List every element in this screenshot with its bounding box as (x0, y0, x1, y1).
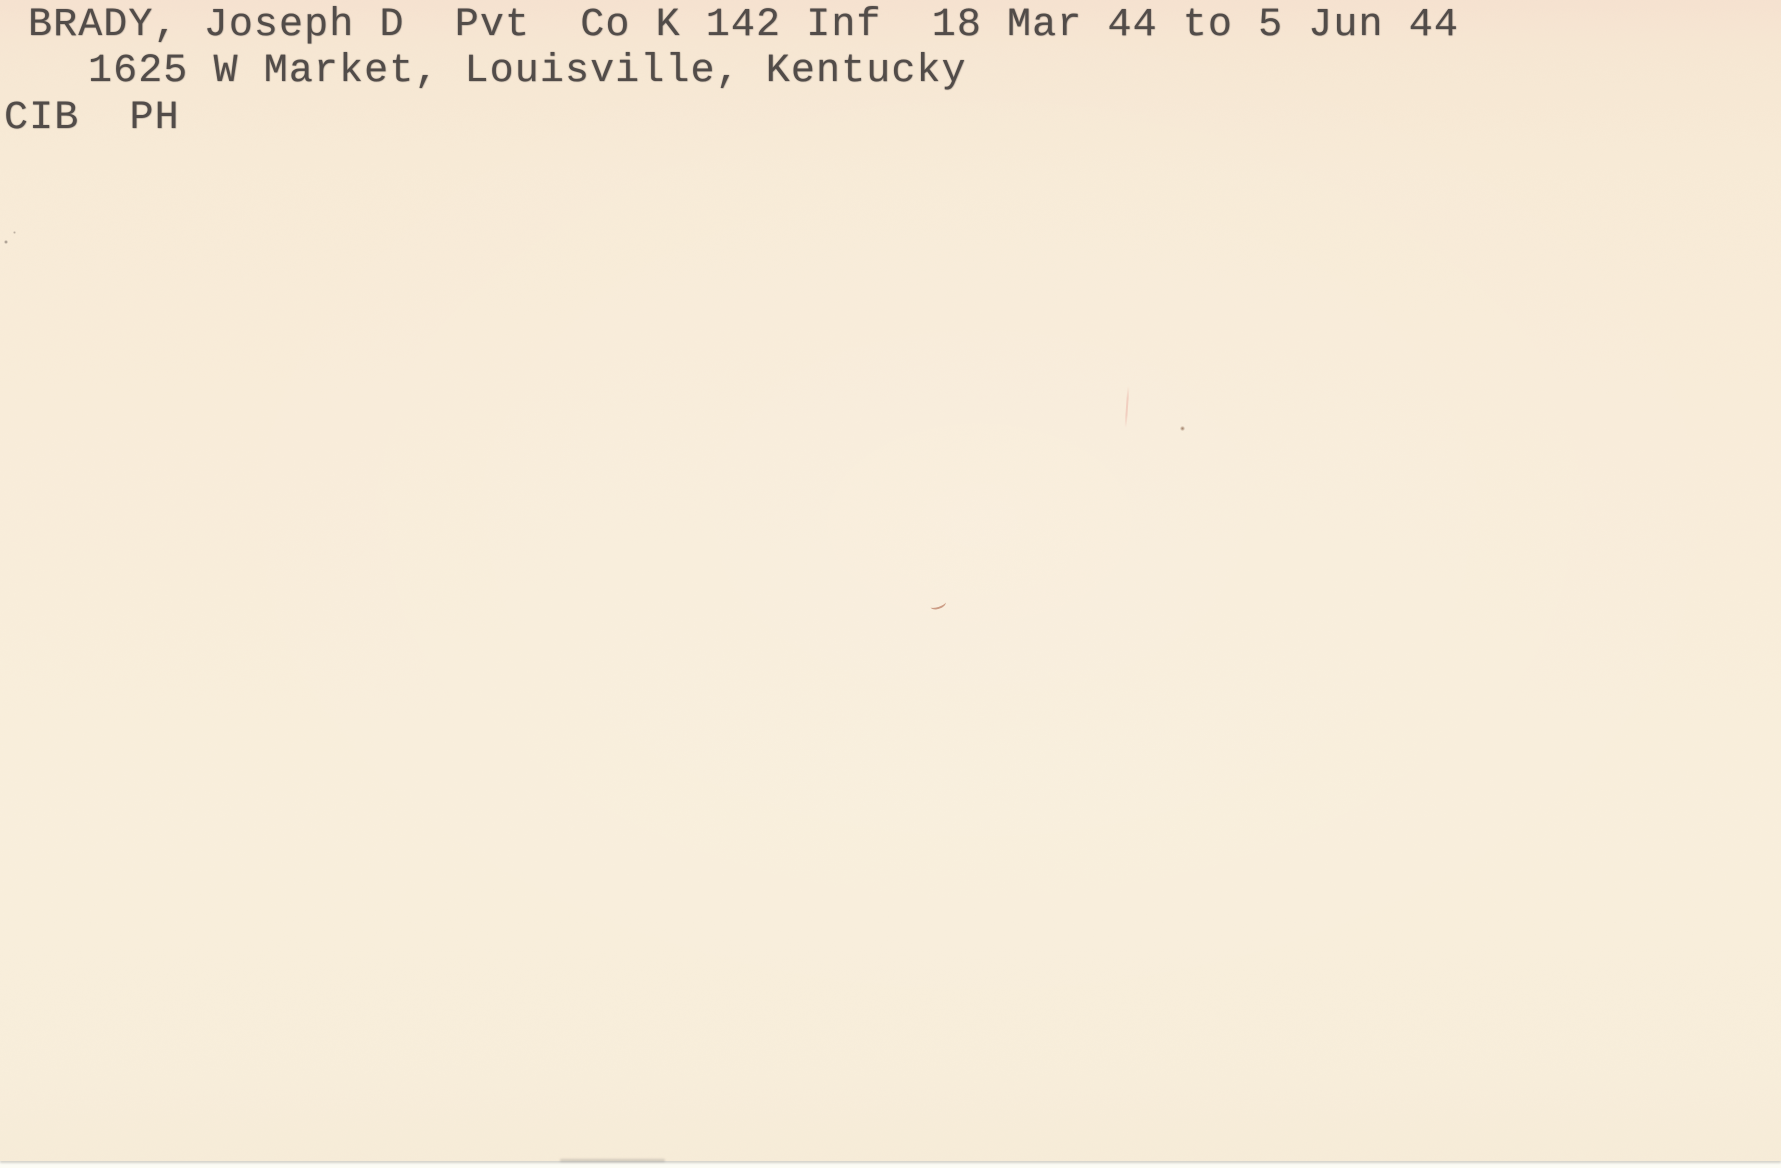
address-line: 1625 W Market, Louisville, Kentucky (88, 52, 967, 92)
paper-fiber (929, 598, 947, 612)
paper-grain-texture (0, 0, 1781, 1161)
paper-speck (4, 240, 8, 244)
scanned-page: BRADY, Joseph D Pvt Co K 142 Inf 18 Mar … (0, 0, 1781, 1168)
service-record-line: BRADY, Joseph D Pvt Co K 142 Inf 18 Mar … (28, 6, 1459, 46)
scan-edge-smudge (560, 1159, 665, 1162)
index-card: BRADY, Joseph D Pvt Co K 142 Inf 18 Mar … (0, 0, 1781, 1161)
paper-speck (1180, 426, 1185, 431)
paper-fiber (1125, 386, 1130, 428)
paper-speck (13, 231, 16, 234)
awards-line: CIB PH (4, 99, 180, 139)
